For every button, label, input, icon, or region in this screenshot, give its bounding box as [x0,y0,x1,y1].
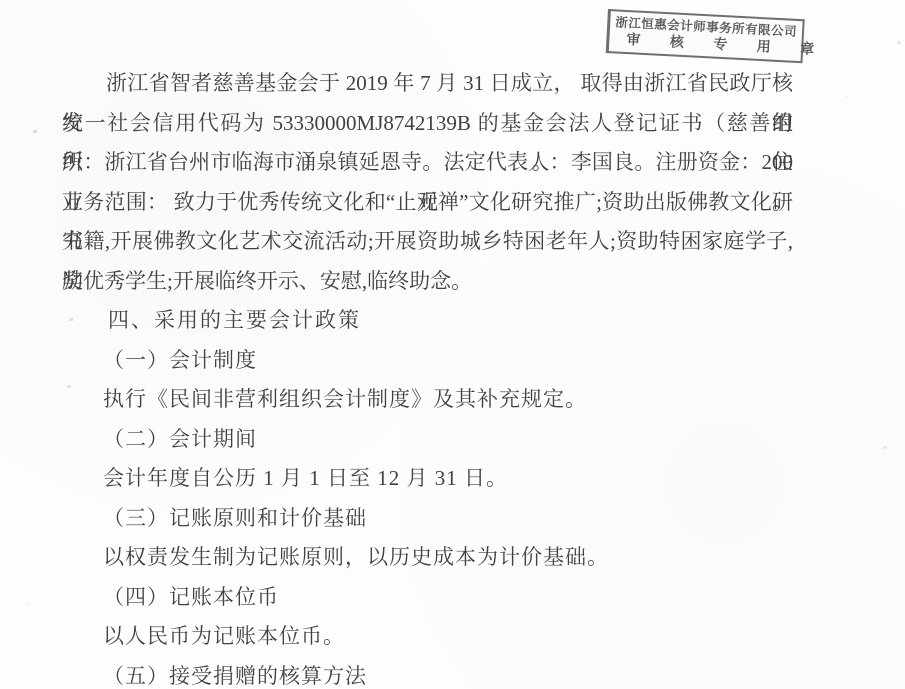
paragraph-line: 浙江省智者慈善基金会于 2019 年 7 月 31 日成立， 取得由浙江省民政厅… [62,64,793,104]
scanned-document-page: 浙江恒惠会计师事务所有限公司 审 核 专 用 章 浙江省智者慈善基金会于 201… [0,0,905,689]
item-title: （五）接受捐赠的核算方法 [62,657,793,689]
paragraph-line: 励优秀学生;开展临终开示、安慰,临终助念。 [62,262,793,302]
paragraph-line: 业务范围： 致力于优秀传统文化和“止观禅”文化研究推广;资助出版佛教文化研究 [62,183,793,223]
document-text-block: 浙江省智者慈善基金会于 2019 年 7 月 31 日成立， 取得由浙江省民政厅… [62,64,793,689]
item-title: （一）会计制度 [62,341,793,381]
item-body: 以权责发生制为记账原则，以历史成本为计价基础。 [62,538,793,578]
section-heading: 四、采用的主要会计政策 [62,301,793,341]
item-body: 会计年度自公历 1 月 1 日至 12 月 31 日。 [62,459,793,499]
paragraph-line: 书籍,开展佛教文化艺术交流活动;开展资助城乡特困老年人;资助特困家庭学子,奖 [62,222,793,262]
scan-noise-specks [0,0,2,1]
item-title: （四）记账本位币 [62,578,793,618]
item-title: （二）会计期间 [62,420,793,460]
paragraph-line: 所：浙江省台州市临海市涌泉镇延恩寺。法定代表人：李国良。注册资金：200 万元。 [62,143,793,183]
paragraph-line: 统一社会信用代码为 53330000MJ8742139B 的基金会法人登记证书（… [62,104,793,144]
item-body: 执行《民间非营利组织会计制度》及其补充规定。 [62,380,793,420]
audit-stamp: 浙江恒惠会计师事务所有限公司 审 核 专 用 章 [606,9,805,63]
item-body: 以人民币为记账本位币。 [62,617,793,657]
item-title: （三）记账原则和计价基础 [62,499,793,539]
